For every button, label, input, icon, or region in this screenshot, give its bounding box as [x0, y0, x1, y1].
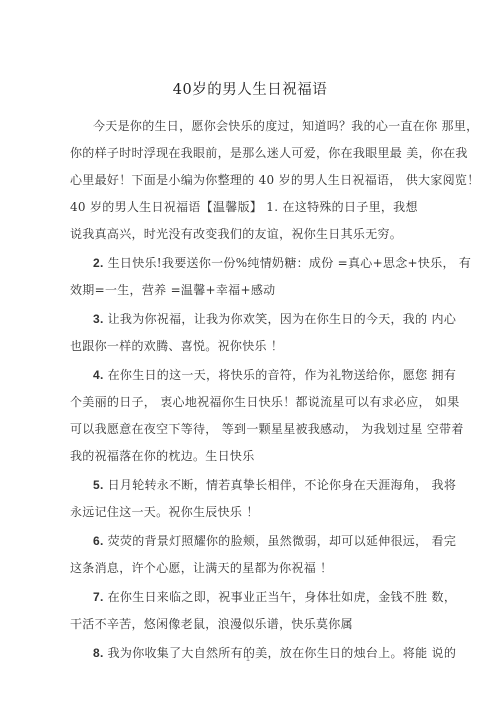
- line-text: 让我为你祝福，让我为你欢笑，因为在你生日的今天，我的 内心: [108, 312, 457, 326]
- text-line: 心里最好！下面是小编为你整理的 40 岁的男人生日祝福语， 供大家阅览！: [70, 172, 432, 188]
- text-line: 2.生日快乐!我要送你一份%纯情奶糖：成份 =真心+思念+快乐， 有: [93, 255, 455, 271]
- page-number: 1: [246, 656, 250, 663]
- line-text: 日月轮转永不断，情若真挚长相伴，不论你身在天涯海角， 我将: [108, 478, 457, 492]
- text-line: 今天是你的生日，愿你会快乐的度过，知道吗？我的心一直在你 那里，: [93, 118, 455, 134]
- line-text: 个美丽的日子， 衷心地祝福你生日快乐！都说流星可以有求必应， 如果: [70, 395, 460, 409]
- list-number: 7.: [93, 590, 104, 604]
- line-text: 生日快乐!我要送你一份%纯情奶糖：成份 =真心+思念+快乐， 有: [108, 256, 472, 270]
- text-line: 你的样子时时浮现在我眼前，是那么迷人可爱，你在我眼里最 美，你在我: [70, 145, 432, 161]
- line-text: 我的祝福落在你的枕边。生日快乐: [70, 449, 255, 463]
- text-line: 干活不辛苦，悠闲像老鼠，浪漫似乐谱，快乐莫你属: [70, 616, 432, 632]
- line-text: 可以我愿意在夜空下等待， 等到一颗星星被我感动， 为我划过星 空带着: [70, 422, 464, 436]
- text-line: 可以我愿意在夜空下等待， 等到一颗星星被我感动， 为我划过星 空带着: [70, 421, 432, 437]
- text-line: 我的祝福落在你的枕边。生日快乐: [70, 448, 432, 464]
- list-number: 3.: [93, 312, 104, 326]
- line-text: 效期=一生，营养 =温馨+幸福+感动: [70, 283, 275, 297]
- line-text: 这条消息，许个心愿，让满天的星都为你祝福 ！: [70, 561, 332, 575]
- line-text: 说我真高兴，时光没有改变我们的友谊，祝你生日其乐无穷。: [70, 227, 402, 241]
- text-line: 4.在你生日的这一天，将快乐的音符，作为礼物送给你，愿您 拥有: [93, 367, 455, 383]
- text-line: 7.在你生日来临之即，祝事业正当午，身体壮如虎，金钱不胜 数，: [93, 589, 455, 605]
- line-text: 在你生日的这一天，将快乐的音符，作为礼物送给你，愿您 拥有: [108, 368, 457, 382]
- list-number: 8.: [93, 646, 104, 660]
- line-text: 干活不辛苦，悠闲像老鼠，浪漫似乐谱，快乐莫你属: [70, 617, 353, 631]
- list-number: 6.: [93, 534, 104, 548]
- text-line: 5.日月轮转永不断，情若真挚长相伴，不论你身在天涯海角， 我将: [93, 477, 455, 493]
- list-number: 5.: [93, 478, 104, 492]
- page-title: 40岁的男人生日祝福语: [0, 78, 500, 99]
- text-line: 3.让我为你祝福，让我为你欢笑，因为在你生日的今天，我的 内心: [93, 311, 455, 327]
- text-line: 永远记住这一天。祝你生辰快乐 ！: [70, 504, 432, 520]
- line-text: 也跟你一样的欢腾、喜悦。祝你快乐 ！: [70, 339, 283, 353]
- text-line: 6.荧荧的背景灯照耀你的脸颊，虽然微弱，却可以延伸很远， 看完: [93, 533, 455, 549]
- line-text: 我为你收集了大自然所有的美，放在你生日的烛台上。将能 说的: [108, 646, 457, 660]
- line-text: 在你生日来临之即，祝事业正当午，身体壮如虎，金钱不胜 数，: [108, 590, 457, 604]
- line-text: 荧荧的背景灯照耀你的脸颊，虽然微弱，却可以延伸很远， 看完: [108, 534, 457, 548]
- line-text: 心里最好！下面是小编为你整理的 40 岁的男人生日祝福语， 供大家阅览！: [70, 173, 480, 187]
- line-text: 40 岁的男人生日祝福语【温馨版】 1. 在这特殊的日子里，我想: [70, 200, 418, 214]
- document-page: 40岁的男人生日祝福语 今天是你的生日，愿你会快乐的度过，知道吗？我的心一直在你…: [0, 0, 500, 708]
- text-line: 说我真高兴，时光没有改变我们的友谊，祝你生日其乐无穷。: [70, 226, 432, 242]
- line-text: 永远记住这一天。祝你生辰快乐 ！: [70, 505, 259, 519]
- list-number: 4.: [93, 368, 104, 382]
- text-line: 个美丽的日子， 衷心地祝福你生日快乐！都说流星可以有求必应， 如果: [70, 394, 432, 410]
- text-line: 效期=一生，营养 =温馨+幸福+感动: [70, 282, 432, 298]
- text-line: 也跟你一样的欢腾、喜悦。祝你快乐 ！: [70, 338, 432, 354]
- text-line: 8.我为你收集了大自然所有的美，放在你生日的烛台上。将能 说的: [93, 645, 455, 661]
- line-text: 你的样子时时浮现在我眼前，是那么迷人可爱，你在我眼里最 美，你在我: [70, 146, 468, 160]
- text-line: 这条消息，许个心愿，让满天的星都为你祝福 ！: [70, 560, 432, 576]
- list-number: 2.: [93, 256, 104, 270]
- line-text: 今天是你的生日，愿你会快乐的度过，知道吗？我的心一直在你 那里，: [93, 119, 478, 133]
- text-line: 40 岁的男人生日祝福语【温馨版】 1. 在这特殊的日子里，我想: [70, 199, 432, 215]
